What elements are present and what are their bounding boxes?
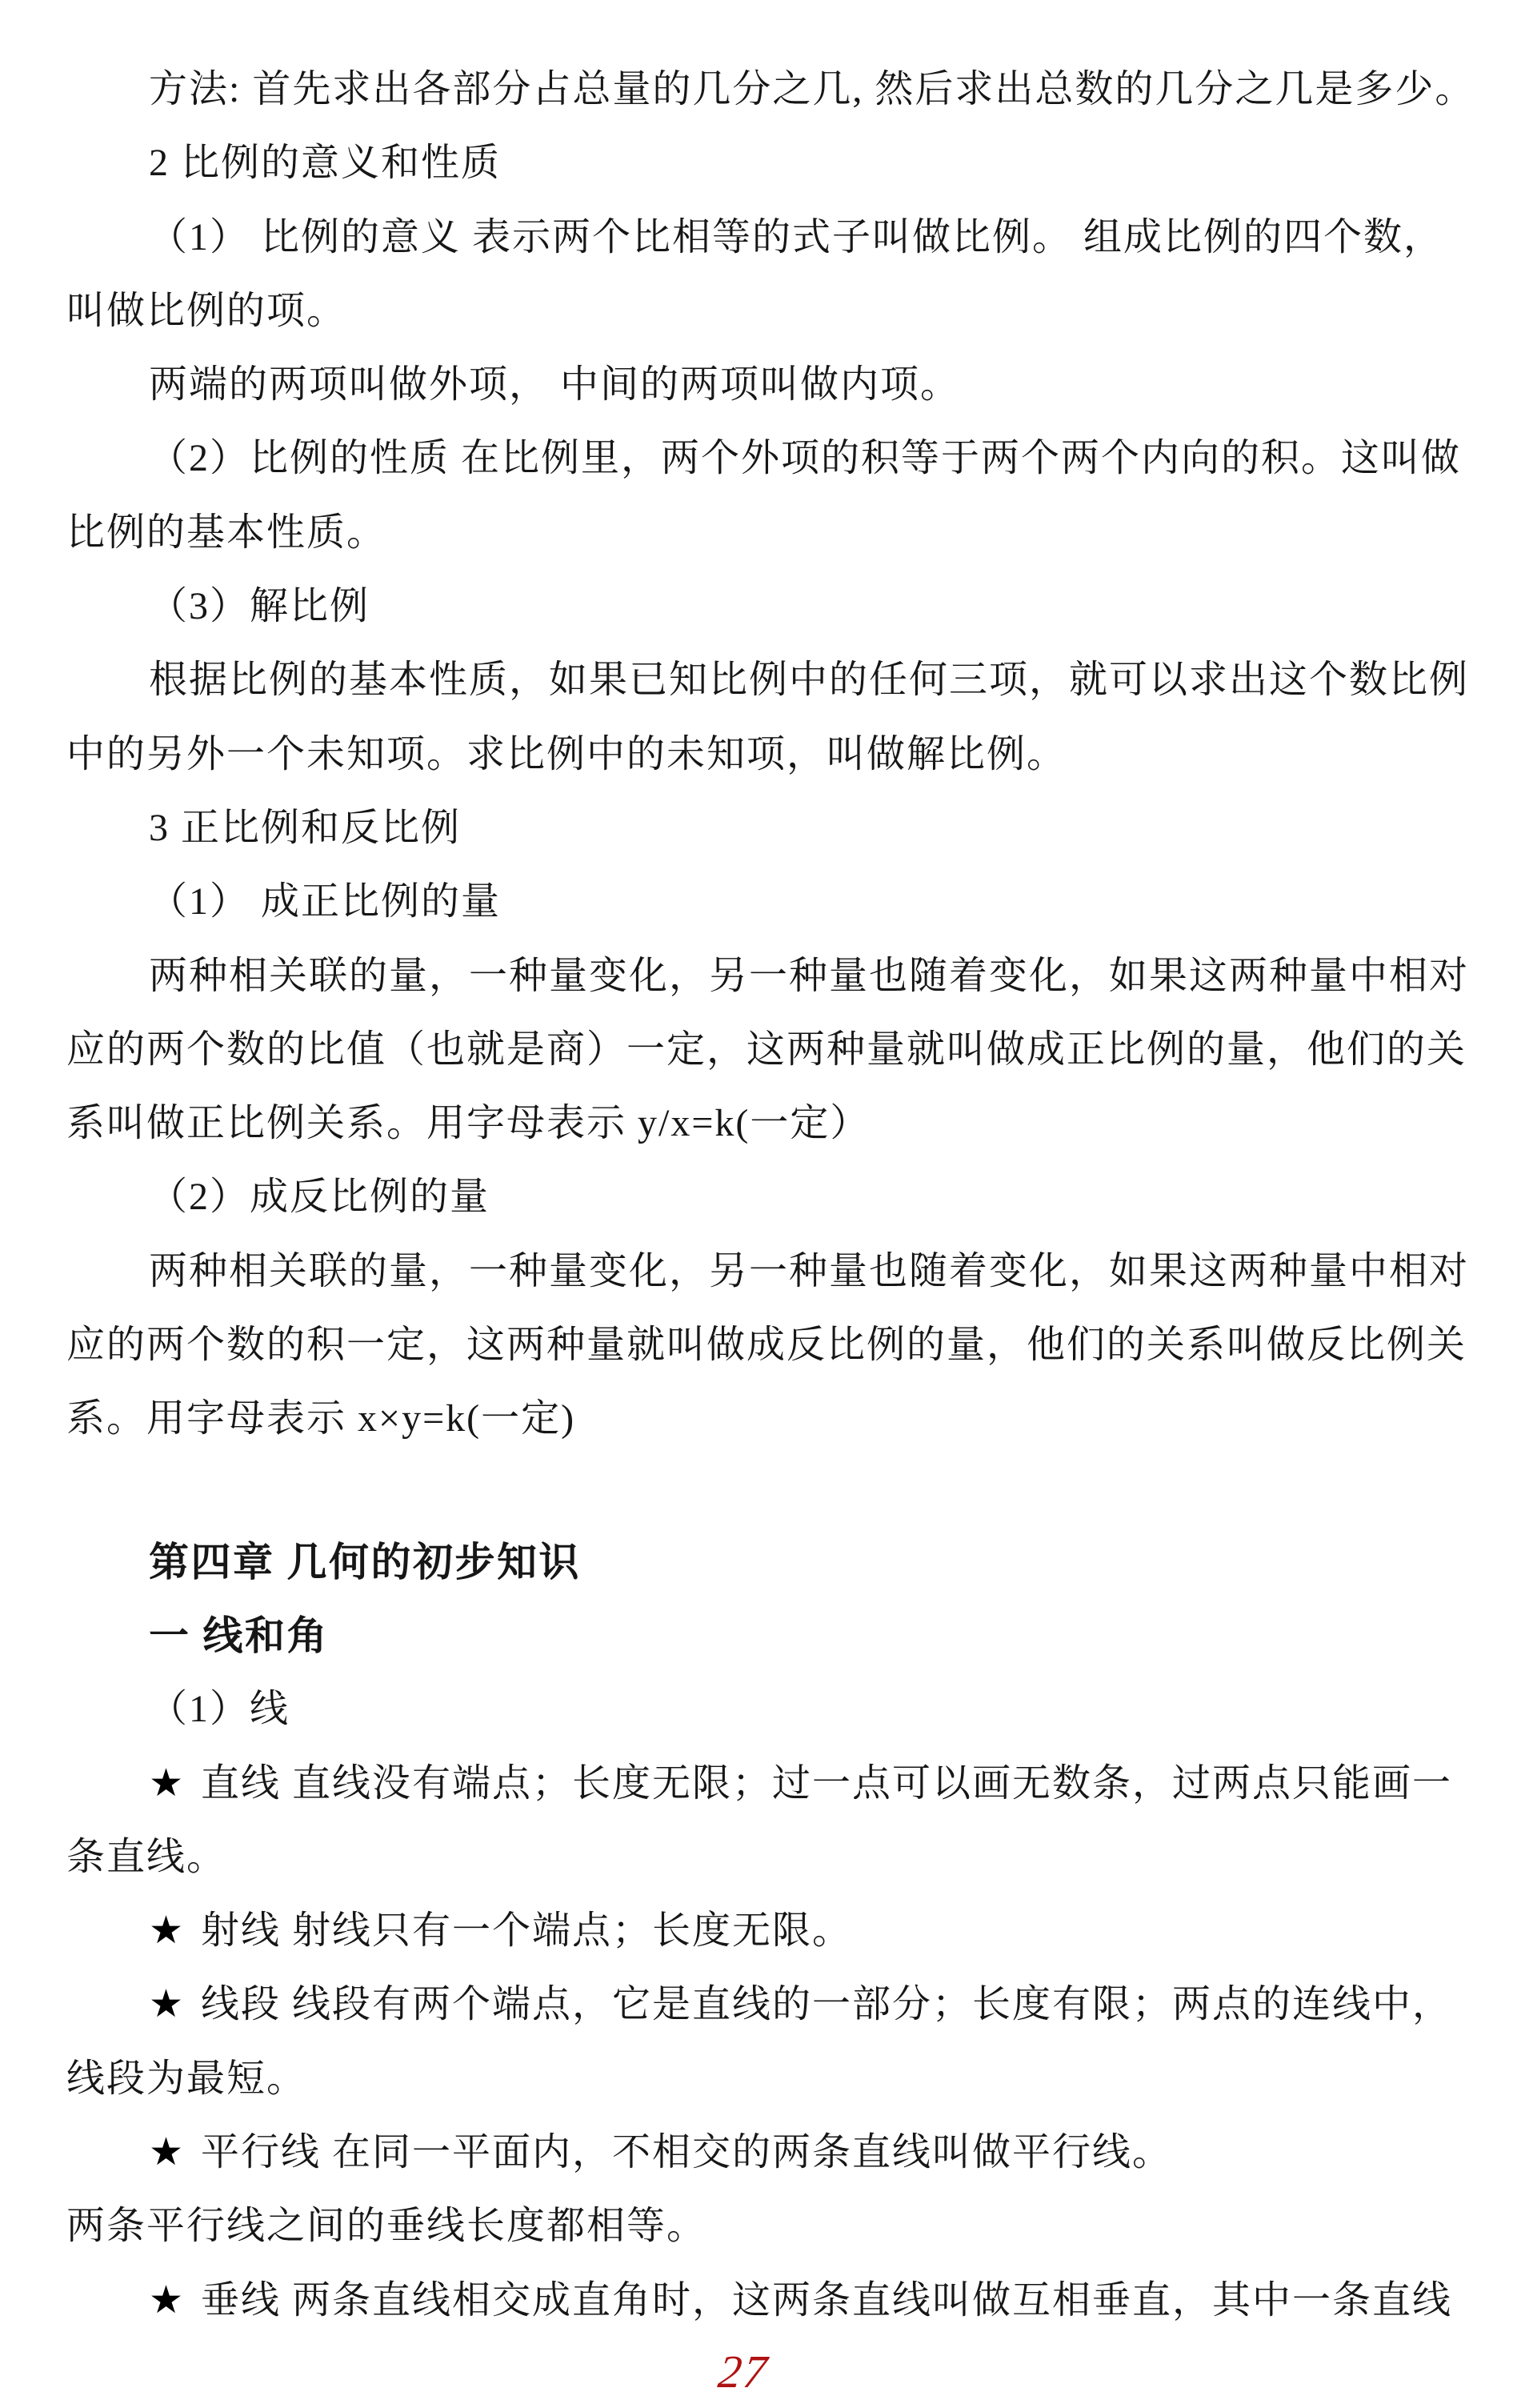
star-bullet-icon: ★ xyxy=(149,2116,185,2190)
section-heading: 一 线和角 xyxy=(66,1599,1479,1673)
text-line: 叫做比例的项。 xyxy=(66,274,1479,348)
text-line: 两种相关联的量，一种量变化，另一种量也随着变化，如果这两种量中相对 xyxy=(66,940,1479,1013)
text-line: ★ 线段 线段有两个端点，它是直线的一部分；长度有限；两点的连线中， xyxy=(66,1968,1479,2041)
text-line: 应的两个数的比值（也就是商）一定，这两种量就叫做成正比例的量，他们的关 xyxy=(66,1013,1479,1087)
star-bullet-icon: ★ xyxy=(149,1894,185,1968)
text-line-body: 直线 直线没有端点；长度无限；过一点可以画无数条，过两点只能画一 xyxy=(190,1762,1452,1805)
text-line-body: 垂线 两条直线相交成直角时，这两条直线叫做互相垂直，其中一条直线 xyxy=(190,2279,1452,2322)
text-line: 中的另外一个未知项。求比例中的未知项，叫做解比例。 xyxy=(66,718,1479,791)
text-line: （2）成反比例的量 xyxy=(66,1160,1479,1234)
star-bullet-icon: ★ xyxy=(149,1968,185,2041)
text-line: ★ 垂线 两条直线相交成直角时，这两条直线叫做互相垂直，其中一条直线 xyxy=(66,2264,1479,2338)
text-line: 比例的基本性质。 xyxy=(66,496,1479,570)
text-line: 根据比例的基本性质，如果已知比例中的任何三项，就可以求出这个数比例 xyxy=(66,643,1479,717)
text-line: （3）解比例 xyxy=(66,570,1479,643)
text-line: 两种相关联的量，一种量变化，另一种量也随着变化，如果这两种量中相对 xyxy=(66,1235,1479,1308)
chapter-heading: 第四章 几何的初步知识 xyxy=(66,1525,1479,1599)
document-page: 方法: 首先求出各部分占总量的几分之几, 然后求出总数的几分之几是多少。2 比例… xyxy=(0,0,1513,2408)
text-line: （1） 比例的意义 表示两个比相等的式子叫做比例。 组成比例的四个数， xyxy=(66,201,1479,274)
text-line: 线段为最短。 xyxy=(66,2042,1479,2116)
star-bullet-icon: ★ xyxy=(149,1747,185,1821)
text-line: 两端的两项叫做外项， 中间的两项叫做内项。 xyxy=(66,348,1479,422)
text-line-body: 平行线 在同一平面内，不相交的两条直线叫做平行线。 xyxy=(190,2131,1172,2174)
page-number: 27 xyxy=(715,2345,771,2398)
text-line-body: 线段 线段有两个端点，它是直线的一部分；长度有限；两点的连线中， xyxy=(190,1983,1452,2025)
text-line: （1） 成正比例的量 xyxy=(66,865,1479,939)
text-line-body: 射线 射线只有一个端点；长度无限。 xyxy=(190,1909,852,1952)
text-line: 条直线。 xyxy=(66,1821,1479,1894)
text-line: （2）比例的性质 在比例里，两个外项的积等于两个两个内向的积。这叫做 xyxy=(66,422,1479,495)
text-line: 系叫做正比例关系。用字母表示 y/x=k(一定） xyxy=(66,1087,1479,1160)
text-line: ★ 平行线 在同一平面内，不相交的两条直线叫做平行线。 xyxy=(66,2116,1479,2190)
text-content: 方法: 首先求出各部分占总量的几分之几, 然后求出总数的几分之几是多少。2 比例… xyxy=(66,53,1479,2338)
text-line: 方法: 首先求出各部分占总量的几分之几, 然后求出总数的几分之几是多少。 xyxy=(66,53,1479,126)
star-bullet-icon: ★ xyxy=(149,2264,185,2338)
text-line: 3 正比例和反比例 xyxy=(66,791,1479,865)
text-line: （1）线 xyxy=(66,1673,1479,1746)
text-line: ★ 射线 射线只有一个端点；长度无限。 xyxy=(66,1894,1479,1968)
text-line: 系。用字母表示 x×y=k(一定) xyxy=(66,1382,1479,1456)
text-line: 2 比例的意义和性质 xyxy=(66,126,1479,200)
text-line: ★ 直线 直线没有端点；长度无限；过一点可以画无数条，过两点只能画一 xyxy=(66,1747,1479,1821)
text-line: 两条平行线之间的垂线长度都相等。 xyxy=(66,2190,1479,2263)
text-line: 应的两个数的积一定，这两种量就叫做成反比例的量，他们的关系叫做反比例关 xyxy=(66,1308,1479,1382)
